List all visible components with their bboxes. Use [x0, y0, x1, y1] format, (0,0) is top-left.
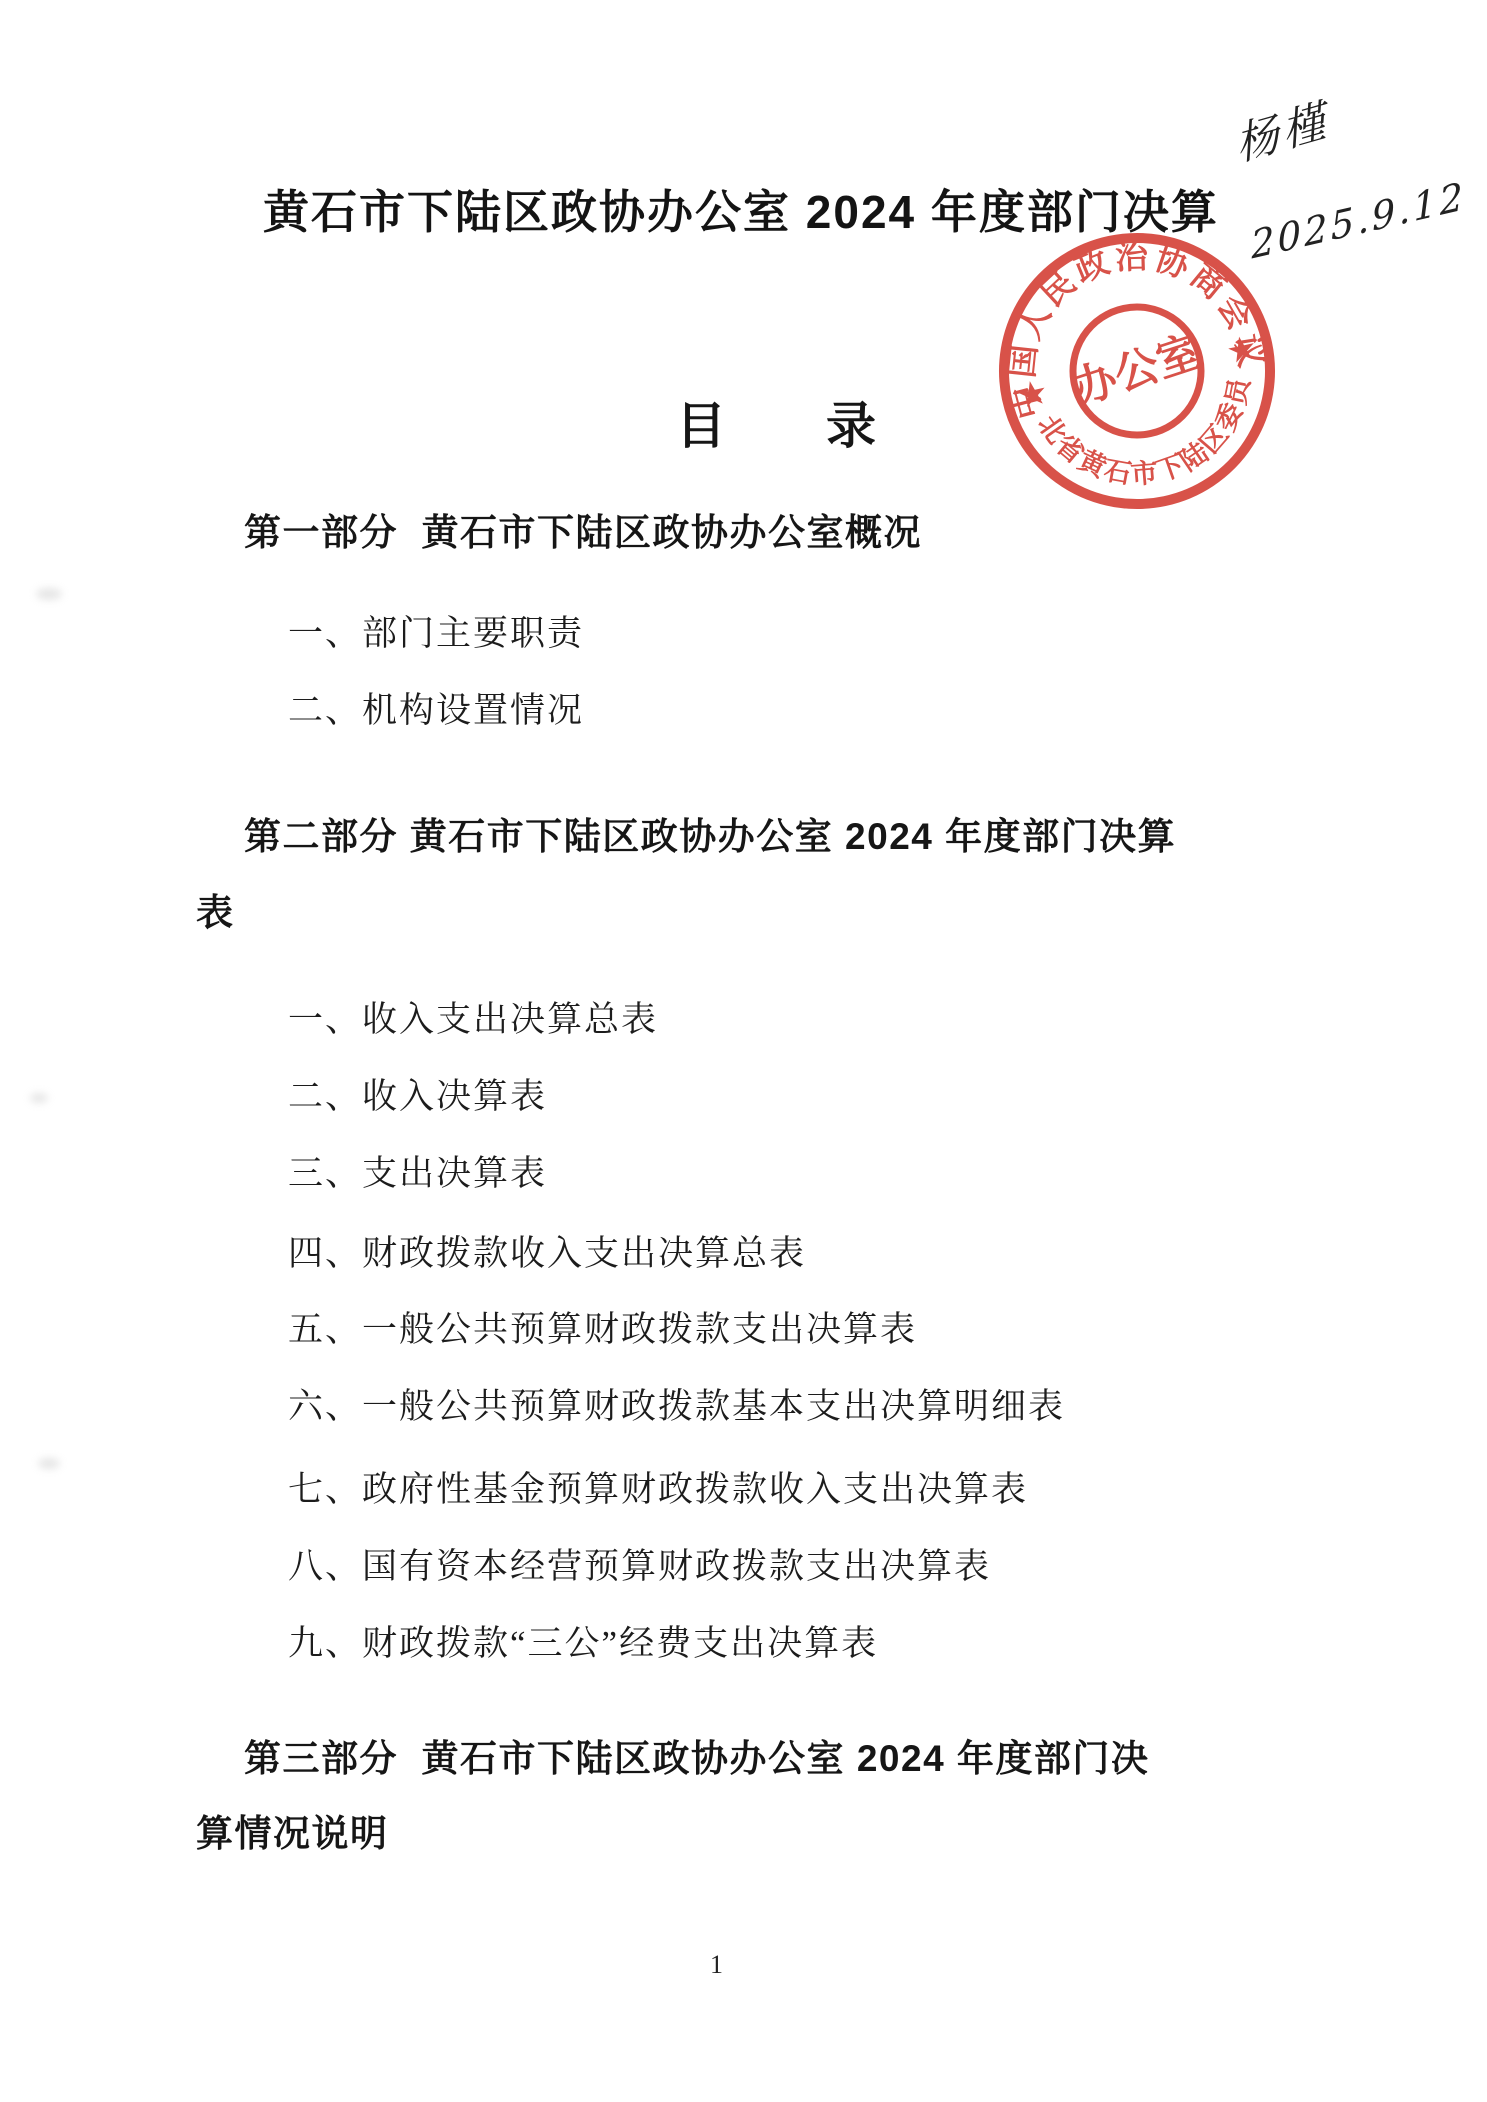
toc-item: 一、收入支出决算总表 [288, 1000, 658, 1040]
toc-item: 二、收入决算表 [288, 1077, 547, 1117]
toc-item: 四、财政拨款收入支出决算总表 [288, 1234, 806, 1274]
toc-item: 一、部门主要职责 [288, 614, 584, 654]
toc-item: 九、财政拨款“三公”经费支出决算表 [288, 1624, 878, 1664]
section-3-heading: 第三部分 黄石市下陆区政协办公室 2024 年度部门决 [244, 1738, 1149, 1781]
toc-item: 二、机构设置情况 [288, 691, 584, 731]
section-3-heading-continuation: 算情况说明 [196, 1813, 389, 1856]
scanned-document-page: 黄石市下陆区政协办公室 2024 年度部门决算 杨槿 2025.9.12 目 录… [0, 0, 1487, 2102]
scan-smudge [36, 588, 62, 600]
seal-center-text: 办公室 [1067, 327, 1208, 414]
toc-item: 七、政府性基金预算财政拨款收入支出决算表 [288, 1470, 1028, 1510]
section-2-heading-continuation: 表 [196, 892, 235, 935]
toc-item: 五、一般公共预算财政拨款支出决算表 [288, 1310, 917, 1350]
scan-smudge [38, 1458, 60, 1469]
toc-item: 八、国有资本经营预算财政拨款支出决算表 [288, 1547, 991, 1587]
seal-left-star-icon: ★ [1016, 376, 1049, 414]
scan-smudge [30, 1093, 48, 1103]
page-number: 1 [710, 1950, 723, 1980]
official-seal: 中国人民政治协商会议 湖北省黄石市下陆区委员会 ★ ★ 办公室 [985, 219, 1289, 523]
toc-item: 六、一般公共预算财政拨款基本支出决算明细表 [288, 1387, 1065, 1427]
handwritten-signature: 杨槿 [1232, 96, 1333, 173]
section-1-heading: 第一部分 黄石市下陆区政协办公室概况 [244, 512, 922, 555]
toc-item: 三、支出决算表 [288, 1154, 547, 1194]
toc-heading: 目 录 [676, 398, 876, 456]
section-2-heading: 第二部分 黄石市下陆区政协办公室 2024 年度部门决算 [244, 816, 1176, 859]
